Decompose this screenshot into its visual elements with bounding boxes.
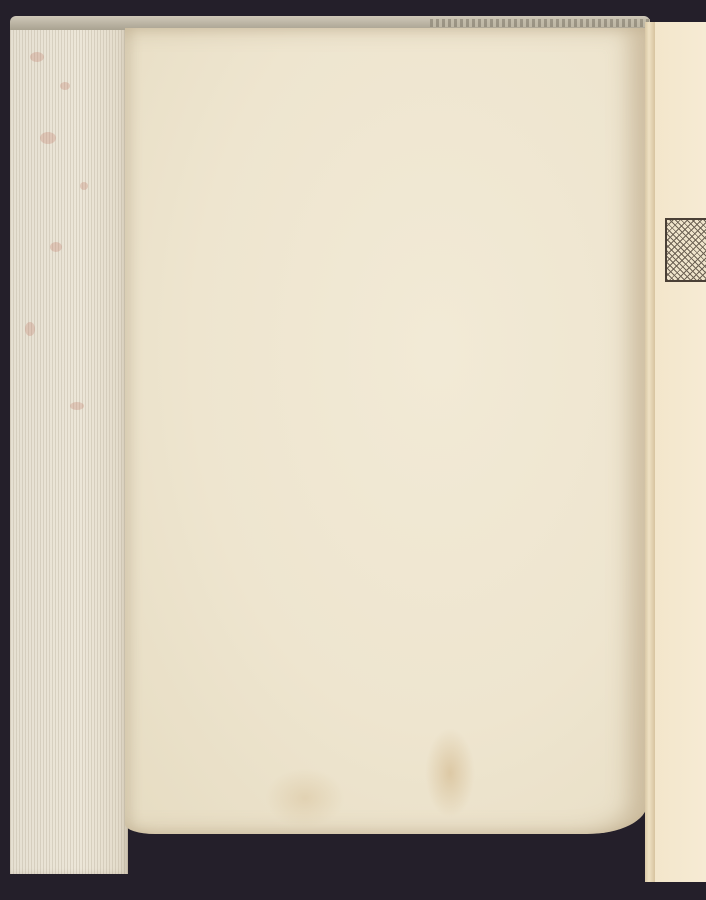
- tooled-border: [430, 19, 650, 27]
- open-book-photo: [0, 0, 706, 900]
- book-fore-edge: [10, 22, 128, 874]
- decorated-initial: [665, 218, 706, 282]
- book-gutter: [645, 22, 655, 882]
- left-page: [125, 28, 647, 834]
- right-page-fragment: [655, 22, 706, 882]
